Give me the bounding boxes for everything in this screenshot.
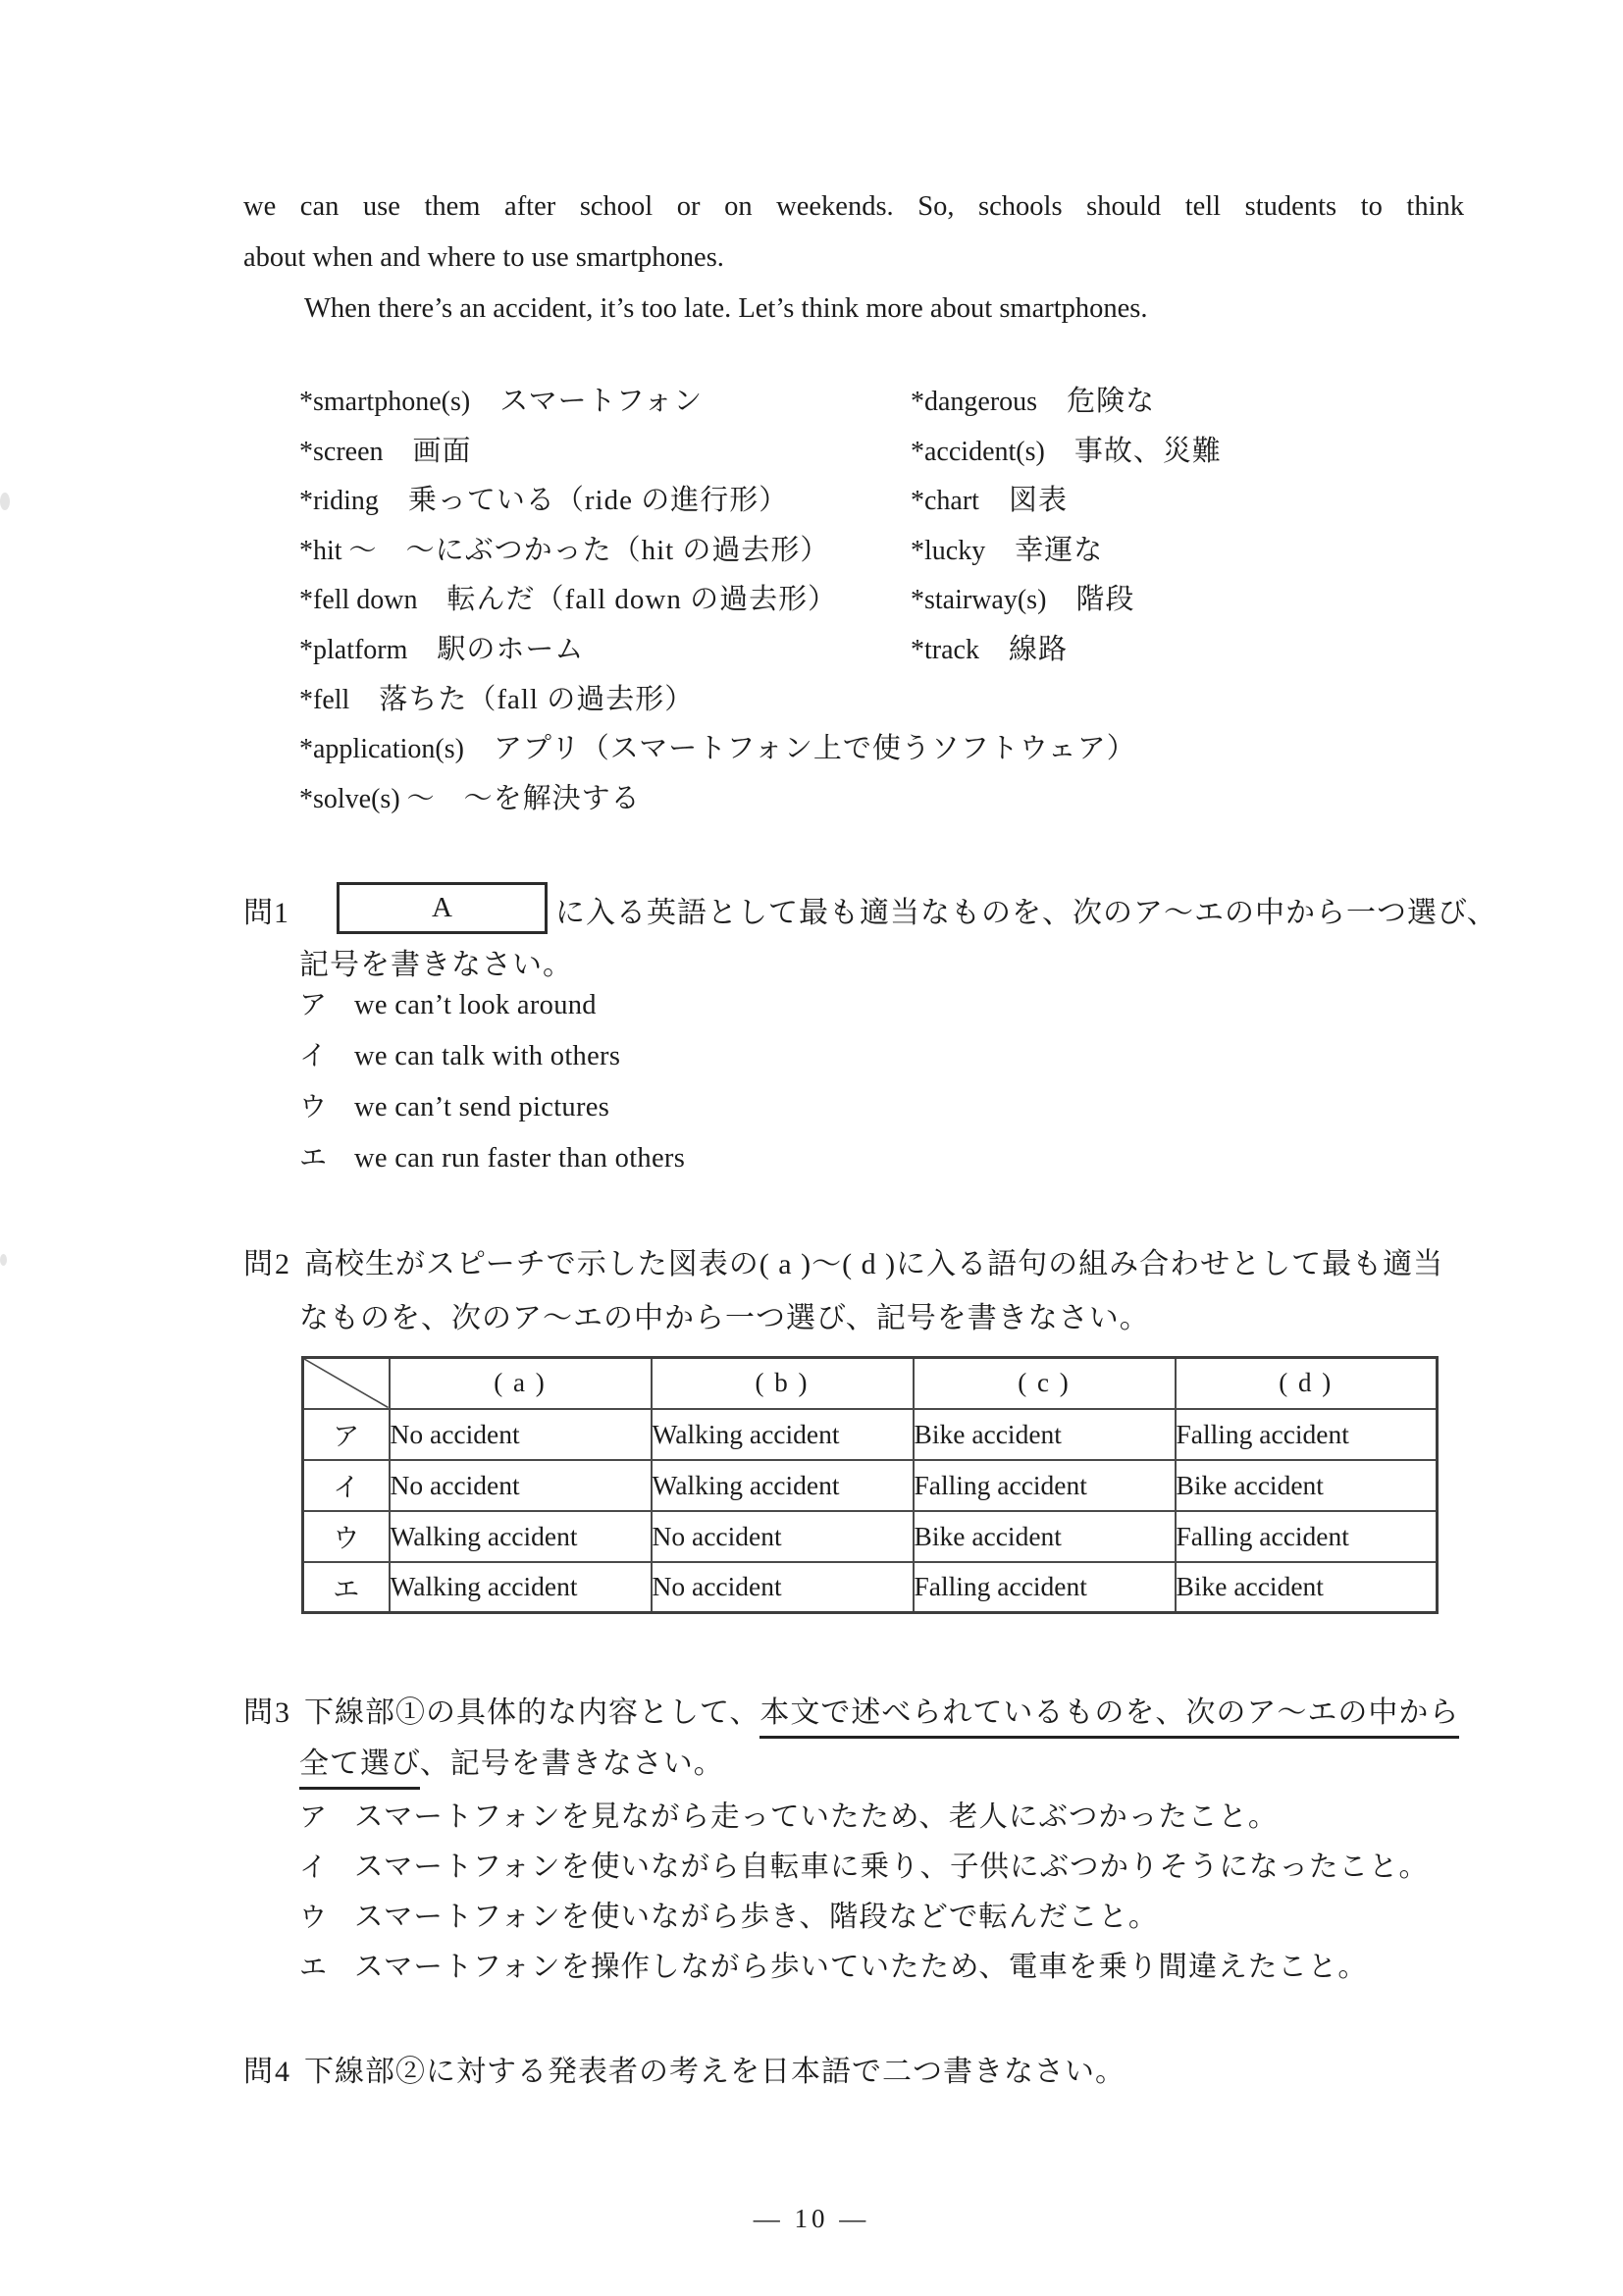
table-cell: No accident [652,1562,914,1613]
vocab-gloss: 画面 [413,436,472,467]
table-row: ウ Walking accident No accident Bike acci… [303,1511,1438,1562]
vocab-gloss: ～を解決する [464,783,641,814]
vocab-term: *fell down [299,585,418,615]
table-cell: No accident [390,1409,652,1460]
choice: ウ スマートフォンを使いながら歩き、階段などで転んだこと。 [299,1894,1429,1944]
choice-marker: ウ [299,1896,354,1935]
choice-marker: エ [299,1946,354,1985]
vocab-entry: *application(s)アプリ（スマートフォン上で使うソフトウェア） [299,724,1136,774]
vocab-gloss: スマートフォン [499,386,703,417]
table-header-row: ( a ) ( b ) ( c ) ( d ) [303,1358,1438,1409]
vocab-gloss: 事故、災難 [1074,436,1222,467]
choice: イ スマートフォンを使いながら自転車に乗り、子供にぶつかりそうになったこと。 [299,1844,1429,1894]
question2-prompt-line2: なものを、次のア～エの中から一つ選び、記号を書きなさい。 [299,1293,1150,1336]
table-cell: Bike accident [914,1511,1176,1562]
question3-label: 問3 [243,1688,304,1731]
table-cell: Falling accident [914,1562,1176,1613]
table-cell: No accident [390,1460,652,1511]
vocab-term: *smartphone(s) [299,387,470,417]
choice-text: スマートフォンを使いながら自転車に乗り、子供にぶつかりそうになったこと。 [354,1844,1429,1885]
vocab-term: *dangerous [911,387,1037,417]
table-cell: Bike accident [914,1409,1176,1460]
scan-artifact [0,493,10,510]
row-marker: エ [303,1562,390,1613]
vocab-entry: *track線路 [911,625,1222,675]
question2-prompt: 問2高校生がスピーチで示した図表の( a )～( d )に入る語句の組み合わせと… [243,1239,1443,1282]
vocab-term: *stairway(s) [911,585,1046,615]
vocab-term: *hit ～ [299,536,377,566]
column-header: ( a ) [390,1358,652,1409]
answer-box-A: A [337,882,548,934]
vocab-term: *screen [299,437,384,467]
question2-label: 問2 [243,1239,304,1282]
column-header: ( b ) [652,1358,914,1409]
vocab-term: *solve(s) ～ [299,784,435,814]
question4-label: 問4 [243,2047,304,2090]
choice-marker: イ [299,1034,354,1073]
question3-prompt-plain: 、記号を書きなさい。 [420,1748,724,1780]
choice-marker: ア [299,983,354,1022]
table-cell: Walking accident [390,1511,652,1562]
question1-prompt: に入る英語として最も適当なものを、次のア～エの中から一つ選び、 [555,888,1497,931]
vocab-term: *riding [299,486,379,516]
page-number: — 10 — [0,2204,1623,2234]
vocab-term: *application(s) [299,734,464,764]
choice-text: スマートフォンを操作しながら歩いていたため、電車を乗り間違えたこと。 [354,1944,1368,1985]
row-marker: ウ [303,1511,390,1562]
diagonal-line [304,1359,389,1408]
question3-choices: ア スマートフォンを見ながら走っていたため、老人にぶつかったこと。 イ スマート… [299,1794,1429,1994]
table-cell: Walking accident [652,1409,914,1460]
choice-text: we can talk with others [354,1041,620,1072]
passage-line: When there’s an accident, it’s too late.… [304,288,1464,330]
vocab-term: *track [911,635,979,665]
question1-label: 問1 [243,888,289,931]
vocab-term: *lucky [911,536,985,566]
vocab-entry: *dangerous危険な [911,377,1222,427]
table-row: エ Walking accident No accident Falling a… [303,1562,1438,1613]
table-row: イ No accident Walking accident Falling a… [303,1460,1438,1511]
choice: エ スマートフォンを操作しながら歩いていたため、電車を乗り間違えたこと。 [299,1944,1429,1994]
choice: ア スマートフォンを見ながら走っていたため、老人にぶつかったこと。 [299,1794,1429,1844]
vocab-gloss: 線路 [1009,634,1068,665]
table-cell: No accident [652,1511,914,1562]
vocab-gloss: 転んだ（fall down の過去形） [447,584,838,615]
row-marker: イ [303,1460,390,1511]
choice: エ we can run faster than others [299,1136,685,1187]
exam-page: we can use them after school or on weeke… [0,0,1623,2296]
vocab-entry: *chart図表 [911,476,1222,526]
choice: ウ we can’t send pictures [299,1085,685,1136]
vocab-gloss: 駅のホーム [437,634,584,665]
vocab-term: *fell [299,685,349,715]
vocab-gloss: 幸運な [1015,535,1103,566]
choice-marker: イ [299,1846,354,1885]
choice-text: we can’t send pictures [354,1092,609,1123]
choice: ア we can’t look around [299,983,685,1034]
table-cell: Falling accident [1176,1409,1438,1460]
vocab-term: *platform [299,635,407,665]
passage-line: about when and where to use smartphones. [243,237,1464,279]
row-marker: ア [303,1409,390,1460]
vocab-term: *accident(s) [911,437,1045,467]
question2-prompt-text: 高校生がスピーチで示した図表の( a )～( d )に入る語句の組み合わせとして… [304,1248,1443,1280]
table-cell: Walking accident [390,1562,652,1613]
vocab-gloss: アプリ（スマートフォン上で使うソフトウェア） [494,733,1136,764]
answers-table: ( a ) ( b ) ( c ) ( d ) ア No accident Wa… [301,1356,1439,1614]
table-cell: Walking accident [652,1460,914,1511]
column-header: ( d ) [1176,1358,1438,1409]
vocab-gloss: 図表 [1009,485,1068,516]
question3-prompt-line2: 全て選び、記号を書きなさい。 [299,1739,724,1782]
choice-text: スマートフォンを使いながら歩き、階段などで転んだこと。 [354,1894,1158,1935]
vocab-entry: *fell落ちた（fall の過去形） [299,675,1136,725]
table-cell: Falling accident [914,1460,1176,1511]
choice-text: スマートフォンを見ながら走っていたため、老人にぶつかったこと。 [354,1794,1278,1835]
choice: イ we can talk with others [299,1034,685,1085]
question3-underlined-text: 本文で述べられているものを、次のア～エの中から [759,1696,1459,1739]
vocab-gloss: 階段 [1075,584,1134,615]
vocab-gloss: ～にぶつかった（hit の過去形） [406,535,830,566]
question3-underlined-text: 全て選び [299,1748,420,1790]
table-row: ア No accident Walking accident Bike acci… [303,1409,1438,1460]
choice-text: we can’t look around [354,990,597,1021]
scan-artifact [0,1254,7,1266]
question4-prompt-text: 下線部②に対する発表者の考えを日本語で二つ書きなさい。 [304,2056,1126,2088]
question1-choices: ア we can’t look around イ we can talk wit… [299,983,685,1187]
choice-marker: エ [299,1136,354,1175]
question1-prompt-line2: 記号を書きなさい。 [299,940,573,983]
vocab-gloss: 危険な [1067,386,1155,417]
answer-box-letter: A [432,892,452,924]
vocab-term: *chart [911,486,979,516]
table-cell: Bike accident [1176,1460,1438,1511]
passage-line: we can use them after school or on weeke… [243,186,1464,228]
table-cell: Falling accident [1176,1511,1438,1562]
question4-prompt: 問4下線部②に対する発表者の考えを日本語で二つ書きなさい。 [243,2047,1126,2090]
column-header: ( c ) [914,1358,1176,1409]
question3-prompt-plain: 下線部①の具体的な内容として、 [304,1696,759,1729]
question3-prompt: 問3下線部①の具体的な内容として、本文で述べられているものを、次のア～エの中から [243,1688,1459,1731]
choice-text: we can run faster than others [354,1143,685,1174]
vocab-entry: *solve(s) ～～を解決する [299,774,1136,824]
choice-marker: ア [299,1796,354,1835]
vocab-gloss: 落ちた（fall の過去形） [379,684,694,715]
vocab-list-right: *dangerous危険な *accident(s)事故、災難 *chart図表… [911,377,1222,675]
vocab-entry: *accident(s)事故、災難 [911,427,1222,477]
table-cell: Bike accident [1176,1562,1438,1613]
choice-marker: ウ [299,1085,354,1124]
diagonal-header-cell [303,1358,390,1409]
vocab-entry: *stairway(s)階段 [911,575,1222,625]
vocab-entry: *lucky幸運な [911,526,1222,576]
vocab-gloss: 乗っている（ride の進行形） [408,485,788,516]
